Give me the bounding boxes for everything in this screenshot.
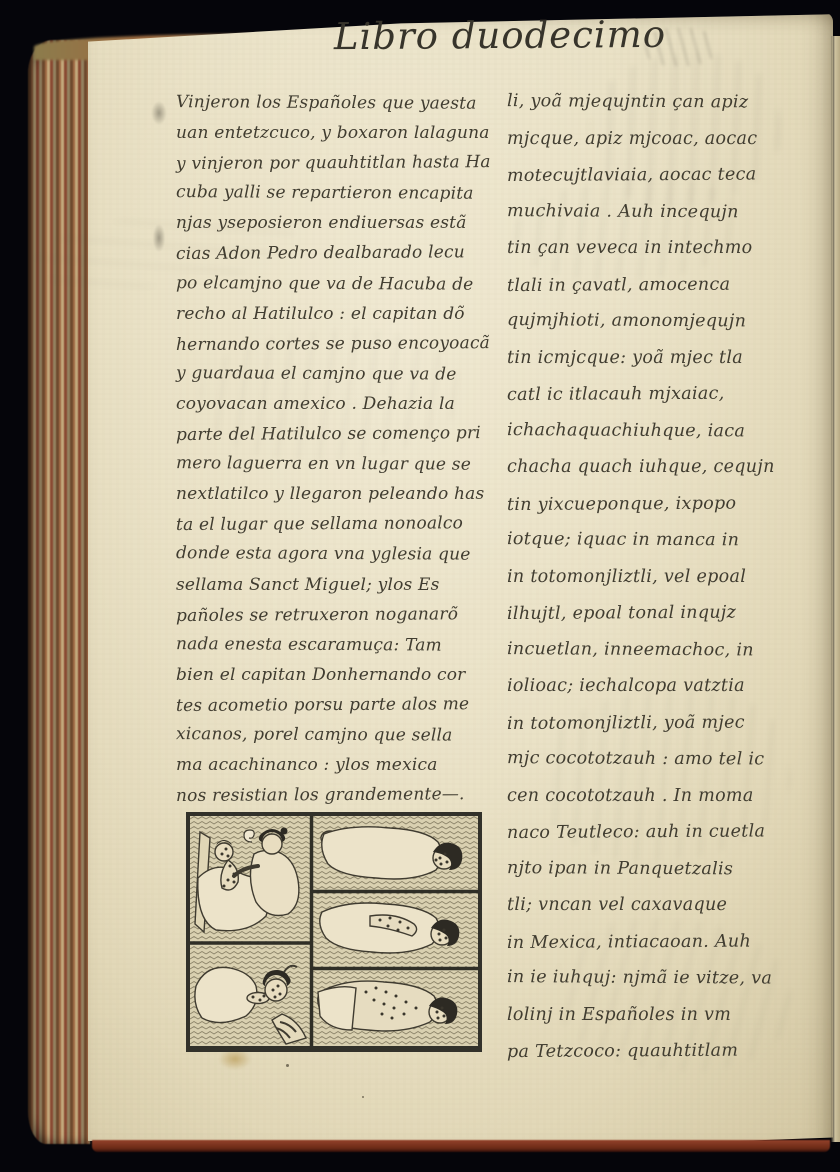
manuscript-line: naco Teutleco: auh in cuetla [507,813,840,852]
manuscript-line: incuetlan, inneemachoc, in [507,631,840,669]
book-page-edges-left [28,40,90,1144]
manuscript-line: in totomonjliztli, vel epoal [507,559,840,596]
manuscript-line: ta el lugar que sellama nonoalco [176,508,508,540]
paper-speck [286,1064,289,1067]
manuscript-line: cuba yalli se repartieron encapita [176,177,508,209]
manuscript-line: recho al Hatilulco : el capitan dõ [176,299,508,329]
manuscript-line: mero laguerra en vn lugar que se [176,448,508,480]
manuscript-line: ichachaquachiuhque, iaca [507,412,840,450]
manuscript-line: njto ipan in Panquetzalis [507,850,840,888]
nahuatl-column: li, yoã mjequjntin çan apiz mjcque, apiz… [507,84,840,1070]
manuscript-line: muchivaia . Auh incequjn [507,193,840,231]
paper-speck [362,1096,364,1098]
manuscript-line: cias Adon Pedro dealbarado lecu [176,237,508,269]
manuscript-line: uan entetzcuco, y boxaron lalaguna [176,118,508,148]
manuscript-line: tin çan veveca in intechmo [507,230,840,267]
manuscript-line: ilhujtl, epoal tonal inqujz [507,594,840,633]
manuscript-line: cen cocototzauh . In moma [507,778,840,815]
manuscript-line: njas yseposieron endiuersas estã [176,208,508,238]
manuscript-line: nada enesta escaramuça: Tam [176,629,508,661]
manuscript-line: qujmjhioti, amonomjequjn [507,302,840,340]
manuscript-line: hernando cortes se puso encoyoacã [176,328,508,360]
manuscript-line: catl ic itlacauh mjxaiac, [507,375,840,414]
manuscript-line: pañoles se retruxeron noganarõ [176,599,508,631]
manuscript-line: tli; vncan vel caxavaque [507,887,840,924]
manuscript-line: in totomonjliztli, yoã mjec [507,703,840,742]
manuscript-line: li, yoã mjequjntin çan apiz [507,83,840,121]
manuscript-line: pa Tetzcoco: quauhtitlam [507,1032,840,1071]
manuscript-line: Vinjeron los Españoles que yaesta [176,87,508,119]
manuscript-line: coyovacan amexico . Dehazia la [176,389,508,419]
manuscript-line: in ie iuhquj: njmã ie vitze, va [507,959,840,997]
manuscript-line: iolioac; iechalcopa vatztia [507,668,840,705]
manuscript-line: mjc cocototzauh : amo tel ic [507,740,840,778]
manuscript-line: mjcque, apiz mjcoac, aocac [507,121,840,158]
manuscript-line: ma acachinanco : ylos mexica [176,750,508,780]
book-page-edges-bottom [92,1140,830,1152]
manuscript-line: sellama Sanct Miguel; ylos Es [176,570,508,600]
spanish-column: Vinjeron los Españoles que yaesta uan en… [176,88,508,810]
page-title: Libro duodecimo [330,13,670,58]
manuscript-line: xicanos, porel camjno que sella [176,719,508,751]
manuscript-line: bien el capitan Donhernando cor [176,660,508,690]
manuscript-line: lolinj in Españoles in vm [507,997,840,1034]
manuscript-line: tin icmjcque: yoã mjec tla [507,340,840,377]
next-page-edge [831,36,840,1142]
manuscript-line: po elcamjno que va de Hacuba de [176,268,508,300]
manuscript-line: y vinjeron por quauhtitlan hasta Ha [176,147,508,179]
manuscript-line: tlali in çavatl, amocenca [507,265,840,304]
manuscript-line: tin yixcueponque, ixpopo [507,484,840,523]
manuscript-line: parte del Hatilulco se començo pri [176,418,508,450]
manuscript-line: in Mexica, intiacaoan. Auh [507,922,840,961]
manuscript-line: nos resistian los grandemente—. [176,779,508,811]
smallpox-illustration-drawing [190,816,478,1046]
manuscript-line: y guardaua el camjno que va de [176,358,508,390]
manuscript-line: iotque; iquac in manca in [507,521,840,559]
smallpox-illustration [186,812,482,1050]
manuscript-line: motecujtlaviaia, aocac teca [507,156,840,195]
manuscript-line: chacha quach iuhque, cequjn [507,449,840,486]
manuscript-line: donde esta agora vna yglesia que [176,539,508,571]
manuscript-line: nextlatilco y llegaron peleando has [176,479,508,509]
manuscript-line: tes acometio porsu parte alos me [176,689,508,721]
scanned-book-photo: Libro duodecimo Vinjeron los Españoles q… [0,0,840,1172]
